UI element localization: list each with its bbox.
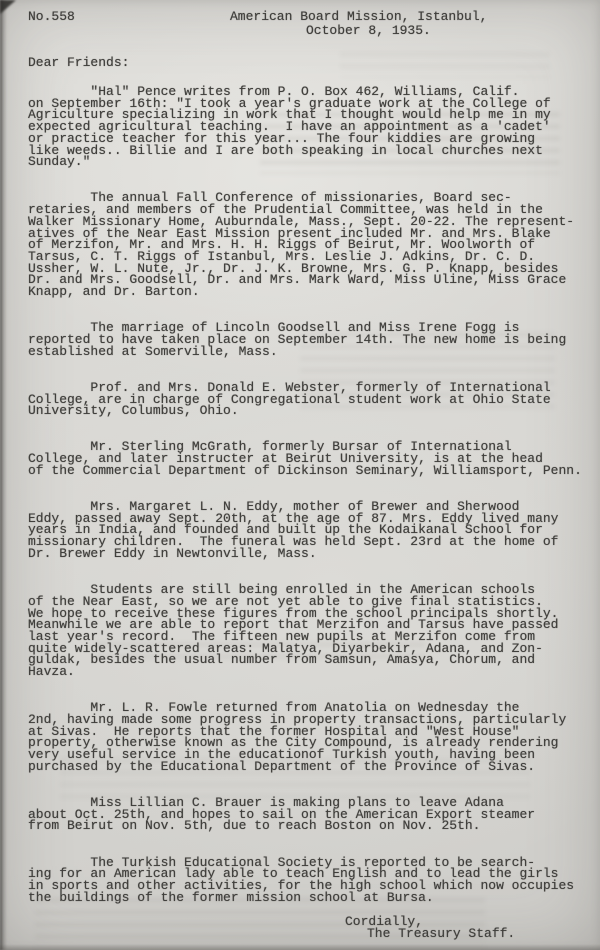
letter-paragraph-school-enrollment: Students are still being enrolled in the… — [28, 584, 594, 678]
letter-paragraph-eddy-obituary: Mrs. Margaret L. N. Eddy, mother of Brew… — [28, 501, 594, 560]
signature: The Treasury Staff. — [367, 928, 515, 940]
letter-paragraph-fowle-property: Mr. L. R. Fowle returned from Anatolia o… — [28, 702, 594, 772]
bleedthrough-smudge — [340, 52, 550, 78]
letterhead-date-line: October 8, 1935. — [306, 24, 487, 38]
closing-block: Cordially, The Treasury Staff. — [345, 916, 515, 940]
letter-paragraph-pence-news: "Hal" Pence writes from P. O. Box 462, W… — [28, 86, 594, 168]
letter-body: "Hal" Pence writes from P. O. Box 462, W… — [28, 86, 594, 928]
letter-paragraph-goodsell-marriage: The marriage of Lincoln Goodsell and Mis… — [28, 322, 594, 357]
salutation: Dear Friends: — [28, 56, 129, 70]
scanned-letter-page: No.558 American Board Mission, Istanbul,… — [0, 0, 600, 950]
letterhead-org-line: American Board Mission, Istanbul, — [230, 10, 487, 24]
scan-corner-artifact — [0, 0, 16, 14]
letter-paragraph-mcgrath: Mr. Sterling McGrath, formerly Bursar of… — [28, 441, 594, 476]
letter-paragraph-fall-conference: The annual Fall Conference of missionari… — [28, 192, 594, 297]
scan-edge-artifact-left — [0, 0, 7, 950]
document-number: No.558 — [28, 10, 75, 24]
letter-paragraph-turkish-society: The Turkish Educational Society is repor… — [28, 857, 594, 904]
letter-paragraph-brauer-travel: Miss Lillian C. Brauer is making plans t… — [28, 797, 594, 832]
letter-paragraph-webster: Prof. and Mrs. Donald E. Webster, former… — [28, 382, 594, 417]
letterhead: American Board Mission, Istanbul, Octobe… — [230, 10, 487, 38]
